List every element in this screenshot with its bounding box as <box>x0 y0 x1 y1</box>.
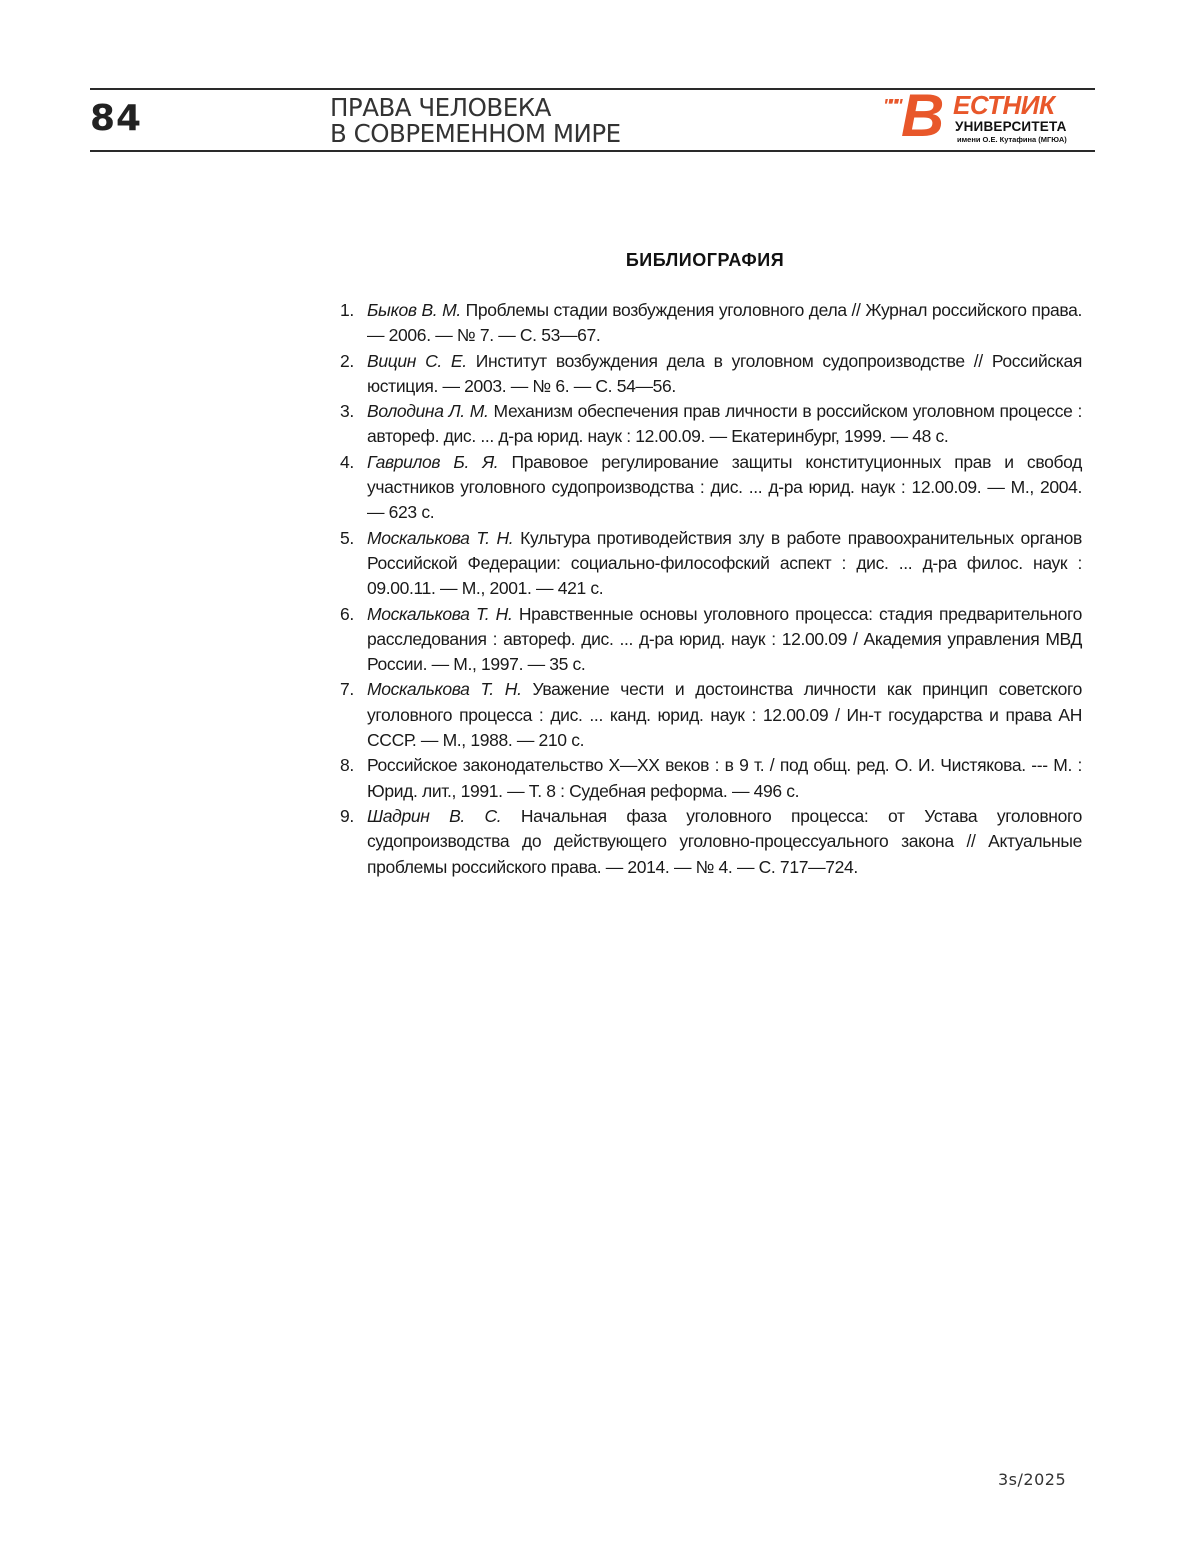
item-number: 8. <box>340 753 354 778</box>
section-title-line2: В СОВРЕМЕННОМ МИРЕ <box>330 121 621 147</box>
item-number: 3. <box>340 399 354 424</box>
item-text: Проблемы стадии возбуждения уголовного д… <box>367 300 1082 345</box>
item-author: Володина Л. М. <box>367 401 489 421</box>
item-author: Вицин С. Е. <box>367 351 467 371</box>
item-author: Шадрин В. С. <box>367 806 501 826</box>
item-author: Москалькова Т. Н. <box>367 528 513 548</box>
bibliography-item: 2.Вицин С. Е. Институт возбуждения дела … <box>340 349 1082 400</box>
item-number: 6. <box>340 602 354 627</box>
logo-speed-marks-icon: """ <box>883 96 900 117</box>
journal-logo: """ В ЕСТНИК УНИВЕРСИТЕТА имени О.Е. Кут… <box>883 92 1095 147</box>
logo-letter: В <box>901 86 944 146</box>
item-author: Москалькова Т. Н. <box>367 679 522 699</box>
header-bottom-rule <box>90 150 1095 152</box>
item-author: Москалькова Т. Н. <box>367 604 512 624</box>
bibliography-item: 7.Москалькова Т. Н. Уважение чести и дос… <box>340 677 1082 753</box>
item-number: 7. <box>340 677 354 702</box>
bibliography-item: 9.Шадрин В. С. Начальная фаза уголовного… <box>340 804 1082 880</box>
item-number: 9. <box>340 804 354 829</box>
item-text: Российское законодательство X—XX веков :… <box>367 755 1082 800</box>
item-author: Быков В. М. <box>367 300 461 320</box>
item-number: 4. <box>340 450 354 475</box>
item-number: 1. <box>340 298 354 323</box>
logo-title: ЕСТНИК <box>953 92 1054 118</box>
logo-tagline: имени О.Е. Кутафина (МГЮА) <box>957 135 1067 144</box>
section-title: ПРАВА ЧЕЛОВЕКА В СОВРЕМЕННОМ МИРЕ <box>330 95 621 147</box>
issue-number: 3s/2025 <box>998 1470 1066 1489</box>
item-author: Гаврилов Б. Я. <box>367 452 498 472</box>
bibliography-item: 6.Москалькова Т. Н. Нравственные основы … <box>340 602 1082 678</box>
bibliography-item: 8.Российское законодательство X—XX веков… <box>340 753 1082 804</box>
bibliography-item: 3.Володина Л. М. Механизм обеспечения пр… <box>340 399 1082 450</box>
bibliography-item: 1.Быков В. М. Проблемы стадии возбуждени… <box>340 298 1082 349</box>
logo-subtitle: УНИВЕРСИТЕТА <box>955 120 1067 134</box>
item-number: 2. <box>340 349 354 374</box>
section-title-line1: ПРАВА ЧЕЛОВЕКА <box>330 95 621 121</box>
item-text: Институт возбуждения дела в уголовном су… <box>367 351 1082 396</box>
bibliography-heading: БИБЛИОГРАФИЯ <box>330 250 1080 271</box>
item-number: 5. <box>340 526 354 551</box>
bibliography-list: 1.Быков В. М. Проблемы стадии возбуждени… <box>340 298 1082 880</box>
bibliography-item: 5.Москалькова Т. Н. Культура противодейс… <box>340 526 1082 602</box>
bibliography-item: 4.Гаврилов Б. Я. Правовое регулирование … <box>340 450 1082 526</box>
page-number: 84 <box>90 98 142 139</box>
